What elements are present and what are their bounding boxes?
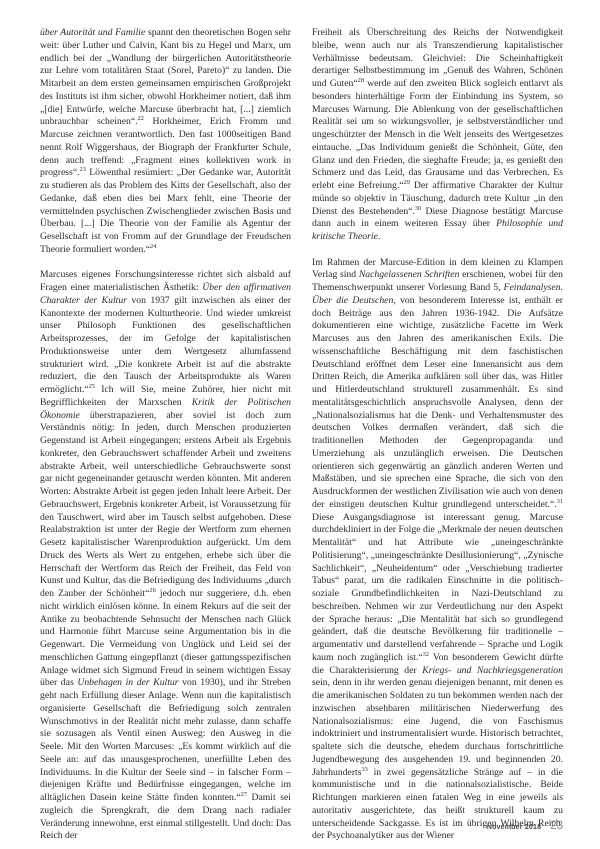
paragraph: über Autorität und Familie spannt den th… [40,27,291,257]
paragraph: Marcuses eigenes Forschungsinteresse ric… [40,269,291,843]
page-footer: November 2018 23 [487,820,563,832]
paragraph: Freiheit als Überschreitung des Reichs d… [312,27,563,244]
text-columns: über Autorität und Familie spannt den th… [40,27,563,843]
left-column: über Autorität und Familie spannt den th… [40,27,291,843]
right-column: Freiheit als Überschreitung des Reichs d… [312,27,563,843]
page-number: 23 [550,820,563,832]
paragraph: Im Rahmen der Marcuse-Edition in dem kle… [312,257,563,844]
footer-date: November 2018 [487,824,541,831]
document-page: über Autorität und Familie spannt den th… [0,0,600,849]
